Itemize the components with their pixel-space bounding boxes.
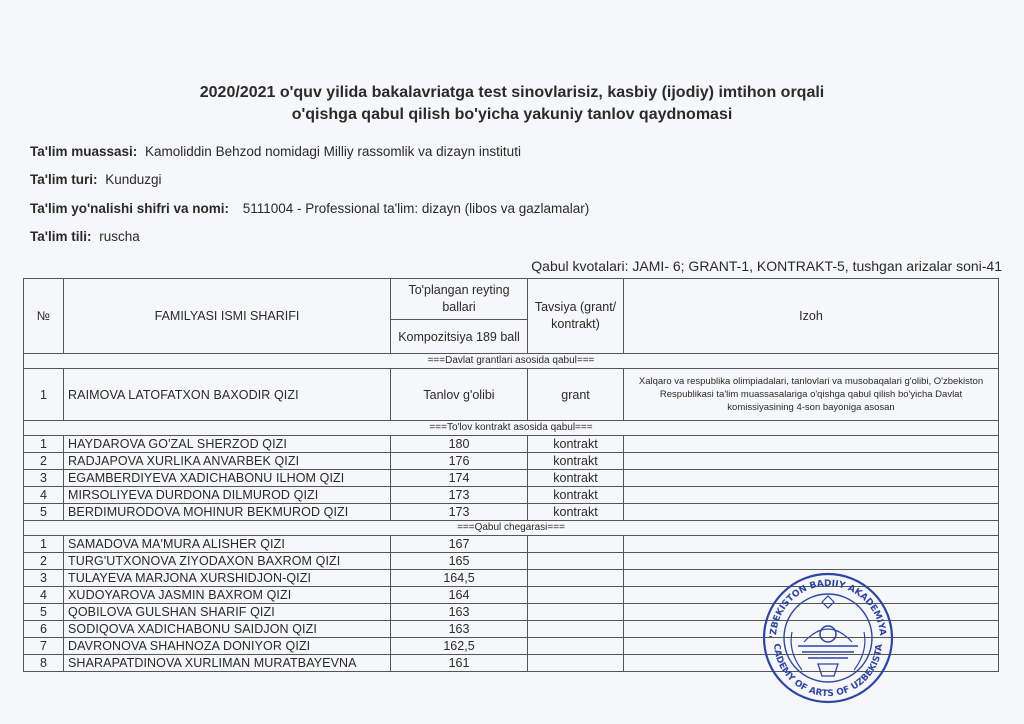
table-row: 8SHARAPATDINOVA XURLIMAN MURATBAYEVNA161 bbox=[24, 655, 999, 672]
cell-number: 1 bbox=[24, 436, 64, 453]
cell-note bbox=[624, 536, 999, 553]
cell-number: 4 bbox=[24, 487, 64, 504]
cell-full-name: TULAYEVA MARJONA XURSHIDJON-QIZI bbox=[64, 570, 391, 587]
cell-recommendation bbox=[528, 553, 624, 570]
cell-number: 6 bbox=[24, 621, 64, 638]
cell-note bbox=[624, 504, 999, 521]
cell-note bbox=[624, 587, 999, 604]
meta-label: Ta'lim muassasi: bbox=[30, 144, 137, 159]
cell-recommendation bbox=[528, 587, 624, 604]
meta-label: Ta'lim tili: bbox=[30, 229, 91, 244]
cell-score: Tanlov g'olibi bbox=[391, 369, 528, 421]
title-line-1: 2020/2021 o'quv yilida bakalavriatga tes… bbox=[0, 82, 1024, 104]
meta-value: 5111004 - Professional ta'lim: dizayn (l… bbox=[243, 201, 590, 216]
header-full-name: FAMILYASI ISMI SHARIFI bbox=[64, 279, 391, 354]
cell-recommendation: kontrakt bbox=[528, 436, 624, 453]
cell-full-name: BERDIMURODOVA MOHINUR BEKMUROD QIZI bbox=[64, 504, 391, 521]
cell-score: 162,5 bbox=[391, 638, 528, 655]
cell-recommendation bbox=[528, 655, 624, 672]
header-score-composition: Kompozitsiya 189 ball bbox=[391, 320, 528, 354]
cell-score: 167 bbox=[391, 536, 528, 553]
results-table: № FAMILYASI ISMI SHARIFI To'plangan reyt… bbox=[23, 278, 999, 672]
table-row: 1HAYDAROVA GO'ZAL SHERZOD QIZI180kontrak… bbox=[24, 436, 999, 453]
table-row: 1RAIMOVA LATOFATXON BAXODIR QIZITanlov g… bbox=[24, 369, 999, 421]
admission-quota: Qabul kvotalari: JAMI- 6; GRANT-1, KONTR… bbox=[531, 258, 1002, 274]
cell-recommendation: kontrakt bbox=[528, 504, 624, 521]
cell-full-name: DAVRONOVA SHAHNOZA DONIYOR QIZI bbox=[64, 638, 391, 655]
cell-recommendation bbox=[528, 604, 624, 621]
cell-full-name: RADJAPOVA XURLIKA ANVARBEK QIZI bbox=[64, 453, 391, 470]
cell-note bbox=[624, 436, 999, 453]
cell-score: 163 bbox=[391, 621, 528, 638]
table-row: 4XUDOYAROVA JASMIN BAXROM QIZI164 bbox=[24, 587, 999, 604]
table-row: 1SAMADOVA MA'MURA ALISHER QIZI167 bbox=[24, 536, 999, 553]
cell-note bbox=[624, 655, 999, 672]
cell-note bbox=[624, 570, 999, 587]
meta-program: Ta'lim yo'nalishi shifri va nomi: 511100… bbox=[30, 201, 589, 216]
cell-score: 161 bbox=[391, 655, 528, 672]
cell-score: 173 bbox=[391, 504, 528, 521]
cell-number: 7 bbox=[24, 638, 64, 655]
cell-score: 174 bbox=[391, 470, 528, 487]
table-row: 5QOBILOVA GULSHAN SHARIF QIZI163 bbox=[24, 604, 999, 621]
cell-number: 5 bbox=[24, 504, 64, 521]
cell-recommendation bbox=[528, 621, 624, 638]
cell-note bbox=[624, 453, 999, 470]
title-line-2: o'qishga qabul qilish bo'yicha yakuniy t… bbox=[0, 104, 1024, 126]
cell-score: 173 bbox=[391, 487, 528, 504]
cell-number: 1 bbox=[24, 536, 64, 553]
document-title: 2020/2021 o'quv yilida bakalavriatga tes… bbox=[0, 82, 1024, 126]
cell-score: 164,5 bbox=[391, 570, 528, 587]
cell-recommendation: kontrakt bbox=[528, 487, 624, 504]
cell-recommendation: grant bbox=[528, 369, 624, 421]
meta-label: Ta'lim yo'nalishi shifri va nomi: bbox=[30, 201, 229, 216]
cell-full-name: QOBILOVA GULSHAN SHARIF QIZI bbox=[64, 604, 391, 621]
meta-value: ruscha bbox=[99, 229, 140, 244]
cell-full-name: SAMADOVA MA'MURA ALISHER QIZI bbox=[64, 536, 391, 553]
cell-full-name: HAYDAROVA GO'ZAL SHERZOD QIZI bbox=[64, 436, 391, 453]
cell-number: 3 bbox=[24, 470, 64, 487]
cell-recommendation bbox=[528, 638, 624, 655]
cell-number: 5 bbox=[24, 604, 64, 621]
section-header-row: ===Qabul chegarasi=== bbox=[24, 521, 999, 536]
header-recommendation: Tavsiya (grant/ kontrakt) bbox=[528, 279, 624, 354]
cell-recommendation: kontrakt bbox=[528, 453, 624, 470]
cell-note bbox=[624, 621, 999, 638]
table-row: 7DAVRONOVA SHAHNOZA DONIYOR QIZI162,5 bbox=[24, 638, 999, 655]
table-row: 3EGAMBERDIYEVA XADICHABONU ILHOM QIZI174… bbox=[24, 470, 999, 487]
cell-number: 8 bbox=[24, 655, 64, 672]
cell-full-name: XUDOYAROVA JASMIN BAXROM QIZI bbox=[64, 587, 391, 604]
cell-full-name: SHARAPATDINOVA XURLIMAN MURATBAYEVNA bbox=[64, 655, 391, 672]
table-row: 6SODIQOVA XADICHABONU SAIDJON QIZI163 bbox=[24, 621, 999, 638]
table-row: 3TULAYEVA MARJONA XURSHIDJON-QIZI164,5 bbox=[24, 570, 999, 587]
section-title: ===To'lov kontrakt asosida qabul=== bbox=[24, 421, 999, 436]
cell-recommendation bbox=[528, 536, 624, 553]
cell-recommendation: kontrakt bbox=[528, 470, 624, 487]
cell-score: 176 bbox=[391, 453, 528, 470]
meta-language: Ta'lim tili: ruscha bbox=[30, 229, 140, 244]
table-row: 2RADJAPOVA XURLIKA ANVARBEK QIZI176kontr… bbox=[24, 453, 999, 470]
cell-full-name: EGAMBERDIYEVA XADICHABONU ILHOM QIZI bbox=[64, 470, 391, 487]
meta-study-form: Ta'lim turi: Kunduzgi bbox=[30, 172, 162, 187]
cell-number: 4 bbox=[24, 587, 64, 604]
meta-value: Kunduzgi bbox=[105, 172, 161, 187]
cell-recommendation bbox=[528, 570, 624, 587]
cell-note bbox=[624, 487, 999, 504]
cell-note bbox=[624, 470, 999, 487]
document-page: 2020/2021 o'quv yilida bakalavriatga tes… bbox=[0, 0, 1024, 724]
table-row: 2TURG'UTXONOVA ZIYODAXON BAXROM QIZI165 bbox=[24, 553, 999, 570]
cell-number: 3 bbox=[24, 570, 64, 587]
section-header-row: ===To'lov kontrakt asosida qabul=== bbox=[24, 421, 999, 436]
section-header-row: ===Davlat grantlari asosida qabul=== bbox=[24, 354, 999, 369]
meta-label: Ta'lim turi: bbox=[30, 172, 97, 187]
section-title: ===Davlat grantlari asosida qabul=== bbox=[24, 354, 999, 369]
cell-full-name: RAIMOVA LATOFATXON BAXODIR QIZI bbox=[64, 369, 391, 421]
table-body: ===Davlat grantlari asosida qabul===1RAI… bbox=[24, 354, 999, 672]
table-row: 5BERDIMURODOVA MOHINUR BEKMUROD QIZI173k… bbox=[24, 504, 999, 521]
table-row: 4MIRSOLIYEVA DURDONA DILMUROD QIZI173kon… bbox=[24, 487, 999, 504]
cell-number: 2 bbox=[24, 553, 64, 570]
cell-number: 1 bbox=[24, 369, 64, 421]
header-note: Izoh bbox=[624, 279, 999, 354]
header-score-group: To'plangan reyting ballari bbox=[391, 279, 528, 320]
cell-score: 165 bbox=[391, 553, 528, 570]
cell-note bbox=[624, 638, 999, 655]
cell-score: 180 bbox=[391, 436, 528, 453]
cell-note: Xalqaro va respublika olimpiadalari, tan… bbox=[624, 369, 999, 421]
cell-full-name: TURG'UTXONOVA ZIYODAXON BAXROM QIZI bbox=[64, 553, 391, 570]
cell-score: 164 bbox=[391, 587, 528, 604]
cell-full-name: SODIQOVA XADICHABONU SAIDJON QIZI bbox=[64, 621, 391, 638]
meta-institution: Ta'lim muassasi: Kamoliddin Behzod nomid… bbox=[30, 144, 521, 159]
cell-note bbox=[624, 604, 999, 621]
meta-value: Kamoliddin Behzod nomidagi Milliy rassom… bbox=[145, 144, 521, 159]
cell-number: 2 bbox=[24, 453, 64, 470]
cell-full-name: MIRSOLIYEVA DURDONA DILMUROD QIZI bbox=[64, 487, 391, 504]
cell-score: 163 bbox=[391, 604, 528, 621]
cell-note bbox=[624, 553, 999, 570]
header-number: № bbox=[24, 279, 64, 354]
section-title: ===Qabul chegarasi=== bbox=[24, 521, 999, 536]
